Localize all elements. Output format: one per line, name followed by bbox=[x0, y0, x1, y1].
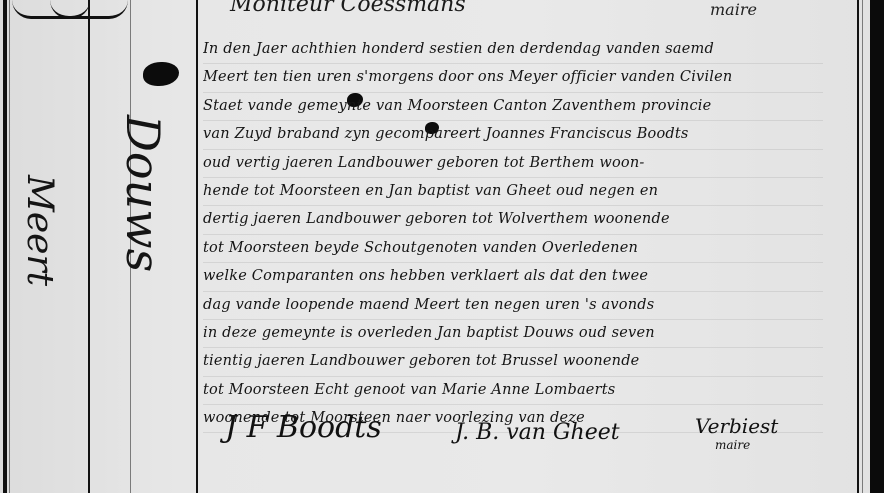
document-page: Meert Douws Moniteur Coessmans maire In … bbox=[0, 0, 884, 493]
record-line: dag vande loopende maend Meert ten negen… bbox=[203, 292, 823, 320]
left-border-line bbox=[3, 0, 7, 493]
right-border-line bbox=[857, 0, 859, 493]
text-column-divider bbox=[196, 0, 198, 493]
margin-month-label: Meert bbox=[19, 175, 60, 286]
signature-boodts: J F Boodts bbox=[225, 410, 382, 445]
top-signature-fragment: maire bbox=[680, 0, 757, 19]
record-line: welke Comparanten ons hebben verklaert a… bbox=[203, 263, 823, 291]
record-body: In den Jaer achthien honderd sestien den… bbox=[203, 36, 823, 433]
record-line: oud vertig jaeren Landbouwer geboren tot… bbox=[203, 150, 823, 178]
right-border-inner-line bbox=[862, 0, 863, 493]
signature-mayor: Verbiest maire bbox=[695, 414, 778, 452]
record-line: dertig jaeren Landbouwer geboren tot Wol… bbox=[203, 206, 823, 234]
record-line: Staet vande gemeynte van Moorsteen Canto… bbox=[203, 93, 823, 121]
signature-mayor-name: Verbiest bbox=[695, 414, 778, 438]
signature-van-gheet: J. B. van Gheet bbox=[455, 420, 620, 445]
record-line: in deze gemeynte is overleden Jan baptis… bbox=[203, 320, 823, 348]
signature-mayor-title: maire bbox=[715, 438, 778, 452]
top-signature-text: maire bbox=[710, 0, 757, 19]
record-line: tientig jaeren Landbouwer geboren tot Br… bbox=[203, 348, 823, 376]
scan-edge bbox=[870, 0, 884, 493]
ink-blot-margin bbox=[143, 62, 179, 86]
record-line: tot Moorsteen Echt genoot van Marie Anne… bbox=[203, 377, 823, 405]
record-line: Meert ten tien uren s'morgens door ons M… bbox=[203, 64, 823, 92]
record-line: hende tot Moorsteen en Jan baptist van G… bbox=[203, 178, 823, 206]
left-border-inner-line bbox=[9, 0, 10, 493]
header-fragment: Moniteur Coessmans bbox=[230, 0, 466, 17]
margin-surname-label: Douws bbox=[116, 115, 170, 272]
margin-column-divider bbox=[88, 0, 90, 493]
record-line: tot Moorsteen beyde Schoutgenoten vanden… bbox=[203, 235, 823, 263]
signature-block: J F Boodts J. B. van Gheet Verbiest mair… bbox=[225, 408, 825, 468]
record-line: In den Jaer achthien honderd sestien den… bbox=[203, 36, 823, 64]
record-line: van Zuyd braband zyn gecompareert Joanne… bbox=[203, 121, 823, 149]
